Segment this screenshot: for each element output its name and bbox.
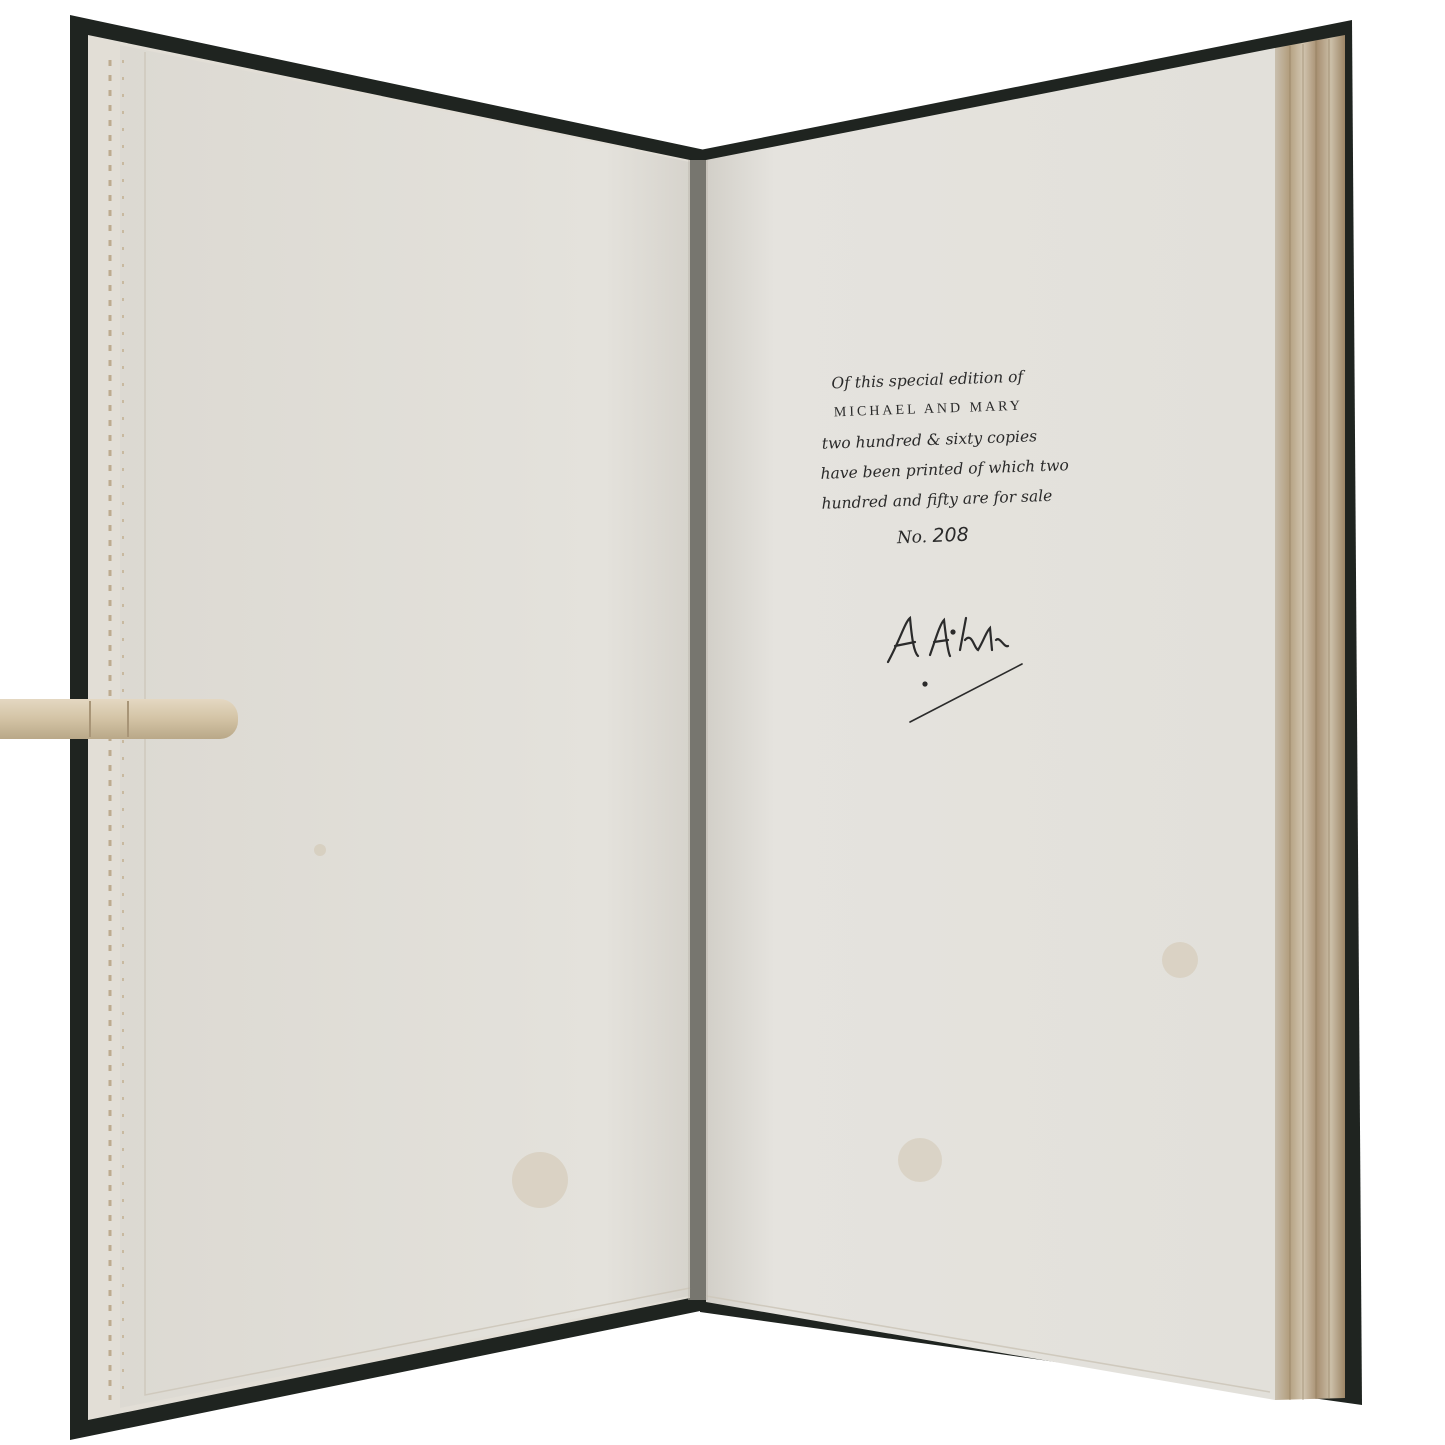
fore-edge — [1275, 35, 1345, 1400]
limitation-statement: Of this special edition of MICHAEL AND M… — [817, 361, 1043, 551]
bookmark-stick — [0, 699, 238, 739]
photo-scene: Of this special edition of MICHAEL AND M… — [0, 0, 1445, 1445]
right-page — [706, 48, 1275, 1400]
book-illustration — [0, 0, 1445, 1445]
limitation-line-5: hundred and fifty are for sale — [821, 481, 1042, 519]
copy-number-prefix: No. — [897, 527, 928, 548]
copy-number-value: 208 — [932, 524, 969, 547]
